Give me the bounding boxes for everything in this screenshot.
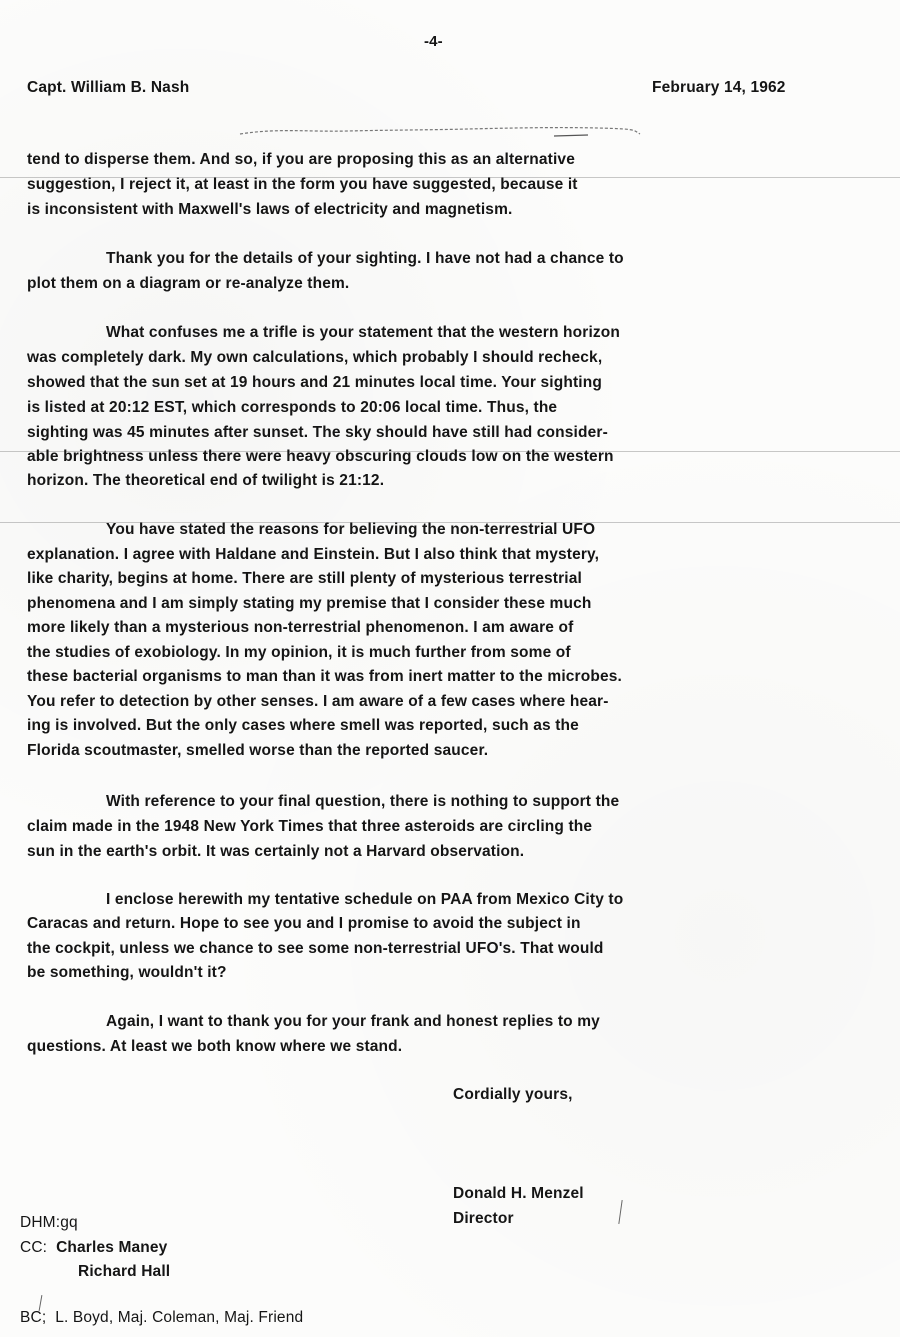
body-line: is inconsistent with Maxwell's laws of e… [27,200,512,220]
pen-mark [618,1200,622,1224]
body-line: suggestion, I reject it, at least in the… [27,175,578,195]
body-line: like charity, begins at home. There are … [27,569,582,589]
body-line: horizon. The theoretical end of twilight… [27,471,384,491]
bc-line: BC; L. Boyd, Maj. Coleman, Maj. Friend [20,1308,303,1328]
page-number: -4- [424,32,443,52]
body-line: explanation. I agree with Haldane and Ei… [27,545,599,565]
body-line: You refer to detection by other senses. … [27,692,609,712]
body-line: Florida scoutmaster, smelled worse than … [27,741,488,761]
body-line: You have stated the reasons for believin… [106,520,595,540]
signer-name: Donald H. Menzel [453,1184,584,1204]
cc-recipient: Richard Hall [78,1263,170,1280]
body-line: more likely than a mysterious non-terres… [27,618,573,638]
body-line: What confuses me a trifle is your statem… [106,323,620,343]
cc-label: CC: [20,1239,47,1256]
body-line: ing is involved. But the only cases wher… [27,716,579,736]
body-line: plot them on a diagram or re-analyze the… [27,274,349,294]
body-line: showed that the sun set at 19 hours and … [27,373,602,393]
cc-line: CC: Charles Maney [20,1238,167,1258]
body-line: the cockpit, unless we chance to see som… [27,939,604,959]
recipient-name: Capt. William B. Nash [27,78,189,98]
body-line: claim made in the 1948 New York Times th… [27,817,592,837]
cc-line-continued: Richard Hall [78,1262,170,1282]
body-line: be something, wouldn't it? [27,963,227,983]
body-line: phenomena and I am simply stating my pre… [27,594,592,614]
body-line: Thank you for the details of your sighti… [106,249,624,269]
body-line: these bacterial organisms to man than it… [27,667,622,687]
bc-recipients: L. Boyd, Maj. Coleman, Maj. Friend [55,1309,303,1326]
letter-date: February 14, 1962 [652,78,786,98]
letter-page: -4- Capt. William B. Nash February 14, 1… [0,0,900,1337]
body-line: tend to disperse them. And so, if you ar… [27,150,575,170]
initials-text: DHM:gq [20,1214,78,1231]
body-line: is listed at 20:12 EST, which correspond… [27,398,557,418]
bc-label: BC; [20,1309,46,1326]
pen-scribble-mark [238,122,648,138]
typist-initials: DHM:gq [20,1213,78,1233]
body-line: With reference to your final question, t… [106,792,619,812]
body-line: was completely dark. My own calculations… [27,348,602,368]
body-line: sun in the earth's orbit. It was certain… [27,842,524,862]
signer-title: Director [453,1209,514,1229]
body-line: the studies of exobiology. In my opinion… [27,643,571,663]
body-line: questions. At least we both know where w… [27,1037,402,1057]
cc-recipient: Charles Maney [56,1239,167,1256]
body-line: Again, I want to thank you for your fran… [106,1012,600,1032]
body-line: able brightness unless there were heavy … [27,447,614,467]
body-line: Caracas and return. Hope to see you and … [27,914,581,934]
closing-salutation: Cordially yours, [453,1085,573,1105]
body-line: I enclose herewith my tentative schedule… [106,890,623,910]
body-line: sighting was 45 minutes after sunset. Th… [27,423,608,443]
